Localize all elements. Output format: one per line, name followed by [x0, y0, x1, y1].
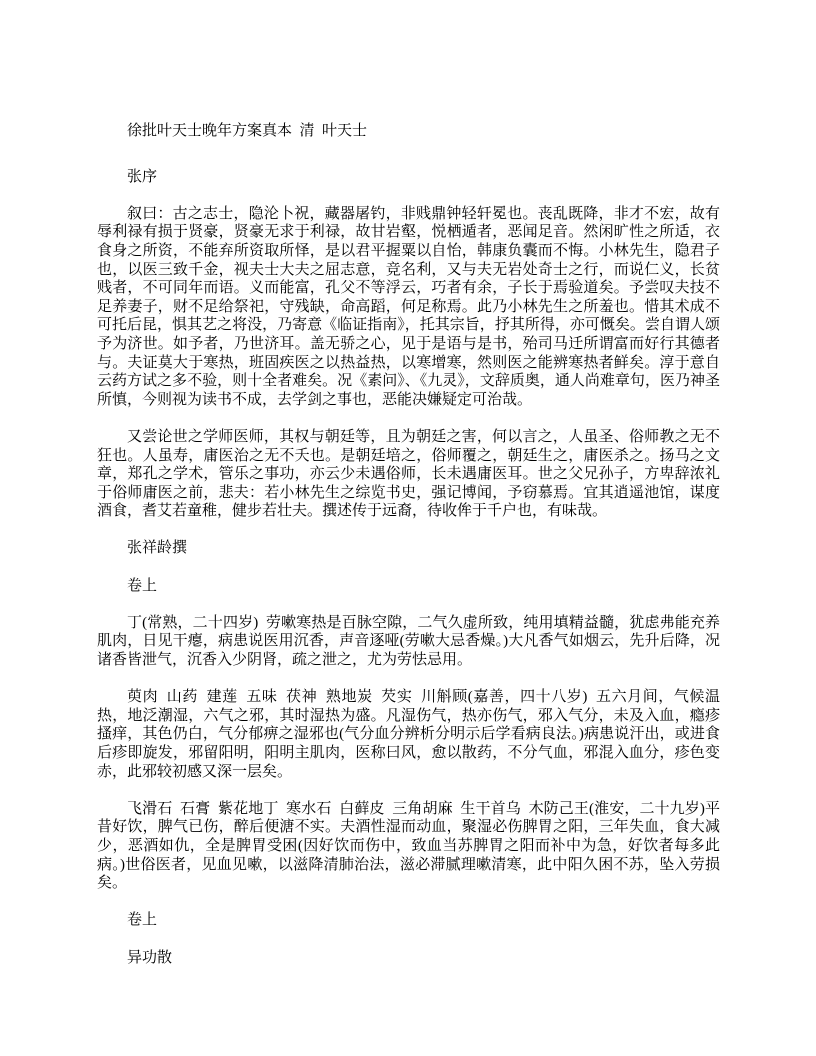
- preface-signature: 张祥龄撰: [97, 539, 720, 558]
- case-paragraph-1: 丁(常熟，二十四岁) 劳嗽寒热是百脉空隙，二气久虚所致，纯用填精益髓，犹虑弗能充…: [97, 614, 720, 670]
- document-page: 徐批叶天士晚年方案真本 清 叶天士 张序 叙曰：古之志士，隐沦卜祝，藏器屠钓，非…: [0, 0, 816, 1056]
- volume-heading-1: 卷上: [97, 577, 720, 596]
- case-paragraph-3: 飞滑石 石膏 紫花地丁 寒水石 白藓皮 三角胡麻 生干首乌 木防己王(淮安，二十…: [97, 800, 720, 893]
- preface-paragraph-1: 叙曰：古之志士，隐沦卜祝，藏器屠钓，非贱鼎钟轻轩冕也。丧乱既降，非才不宏，故有辱…: [97, 205, 720, 410]
- document-title: 徐批叶天士晚年方案真本 清 叶天士: [97, 122, 720, 141]
- preface-paragraph-2: 又尝论世之学师医师，其权与朝廷等，且为朝廷之害，何以言之，人虽圣、俗师教之无不狂…: [97, 428, 720, 521]
- formula-heading: 异功散: [97, 949, 720, 968]
- preface-heading: 张序: [97, 168, 720, 187]
- volume-heading-2: 卷上: [97, 911, 720, 930]
- case-paragraph-2: 萸肉 山药 建莲 五味 茯神 熟地炭 芡实 川斛顾(嘉善，四十八岁) 五六月间，…: [97, 688, 720, 781]
